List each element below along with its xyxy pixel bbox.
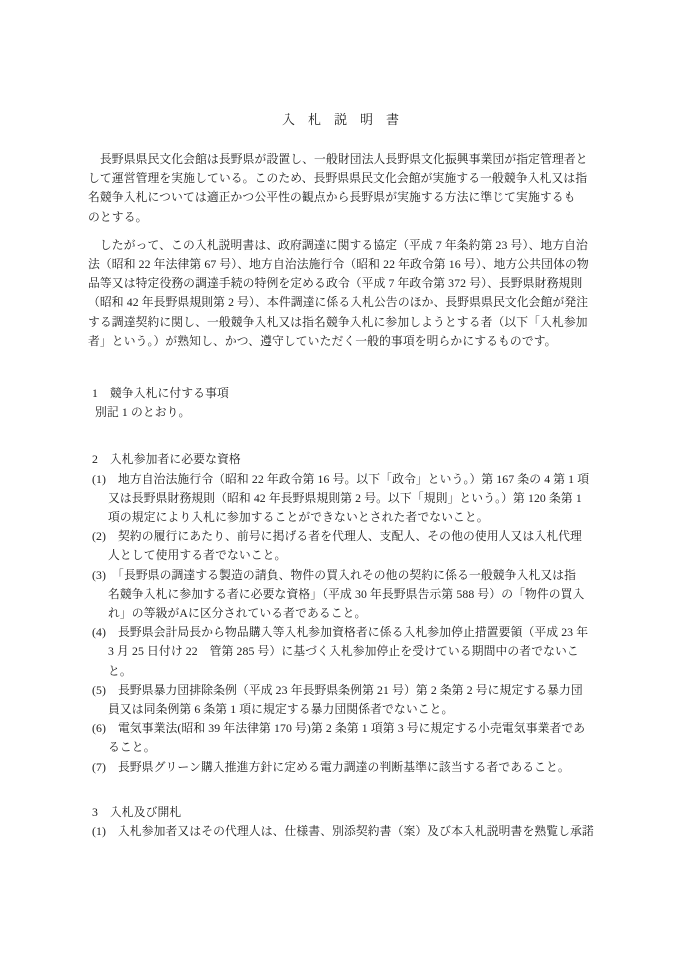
section-1: 1 競争入札に付する事項 別記 1 のとおり。 (88, 384, 680, 422)
text-line: する調達契約に関し、一般競争入札又は指名競争入札に参加しようとする者（以下「入札… (88, 313, 680, 332)
text-line: 人として使用する者でないこと。 (88, 546, 680, 565)
text-line: (1) 入札参加者又はその代理人は、仕様書、別添契約書（案）及び本入札説明書を熟… (88, 822, 680, 841)
text-line: (3) 「長野県の調達する製造の請負、物件の買入れその他の契約に係る一般競争入札… (88, 566, 680, 585)
text-line: (5) 長野県暴力団排除条例（平成 23 年長野県条例第 21 号）第 2 条第… (88, 681, 680, 700)
text-line: 3 月 25 日付け 22 管第 285 号）に基づく入札参加停止を受けている期… (88, 642, 680, 661)
text-line: (1) 地方自治法施行令（昭和 22 年政令第 16 号。以下「政令」という。）… (88, 470, 680, 489)
text-line: 者」という。）が熟知し、かつ、遵守していただく一般的事項を明らかにするものです。 (88, 332, 680, 351)
text-line: 3 入札及び開札 (88, 803, 680, 822)
text-line: (4) 長野県会計局長から物品購入等入札参加資格者に係る入札参加停止措置要領（平… (88, 623, 680, 642)
text-line: 項の規定により入札に参加することができないとされた者でないこと。 (88, 508, 680, 527)
text-line: (6) 電気事業法(昭和 39 年法律第 170 号)第 2 条第 1 項第 3… (88, 719, 680, 738)
text-line: 名競争入札については適正かつ公平性の観点から長野県が実施する方法に準じて実施する… (88, 188, 680, 207)
text-line: と。 (88, 662, 680, 681)
text-line: （昭和 42 年長野県規則第 2 号）、本件調達に係る入札公告のほか、長野県県民… (88, 293, 680, 312)
text-line: 品等又は特定役務の調達手続の特例を定める政令（平成 7 年政令第 372 号）、… (88, 274, 680, 293)
text-line: して運営管理を実施している。このため、長野県県民文化会館が実施する一般競争入札又… (88, 169, 680, 188)
section-3: 3 入札及び開札(1) 入札参加者又はその代理人は、仕様書、別添契約書（案）及び… (88, 803, 680, 841)
paragraph-1: 長野県県民文化会館は長野県が設置し、一般財団法人長野県文化振興事業団が指定管理者… (88, 150, 680, 227)
text-line: ること。 (88, 738, 680, 757)
text-line: (7) 長野県グリーン購入推進方針に定める電力調達の判断基準に該当する者であるこ… (88, 758, 680, 777)
text-line: 員又は同条例第 6 条第 1 項に規定する暴力団関係者でないこと。 (88, 700, 680, 719)
text-line: 長野県県民文化会館は長野県が設置し、一般財団法人長野県文化振興事業団が指定管理者… (88, 150, 680, 169)
text-line: 又は長野県財務規則（昭和 42 年長野県規則第 2 号。以下「規則」という。）第… (88, 489, 680, 508)
document-body: 長野県県民文化会館は長野県が設置し、一般財団法人長野県文化振興事業団が指定管理者… (88, 150, 680, 841)
text-line: 2 入札参加者に必要な資格 (88, 450, 680, 469)
paragraph-2: したがって、この入札説明書は、政府調達に関する協定（平成 7 年条約第 23 号… (88, 236, 680, 351)
text-line: 1 競争入札に付する事項 (88, 384, 680, 403)
text-line: 別記 1 のとおり。 (88, 403, 680, 422)
section-2: 2 入札参加者に必要な資格(1) 地方自治法施行令（昭和 22 年政令第 16 … (88, 450, 680, 776)
text-line: 法（昭和 22 年法律第 67 号）、地方自治法施行令（昭和 22 年政令第 1… (88, 255, 680, 274)
text-line: したがって、この入札説明書は、政府調達に関する協定（平成 7 年条約第 23 号… (88, 236, 680, 255)
document-title: 入 札 説 明 書 (88, 111, 593, 128)
text-line: (2) 契約の履行にあたり、前号に掲げる者を代理人、支配人、その他の使用人又は入… (88, 527, 680, 546)
text-line: 名競争入札に参加する者に必要な資格」（平成 30 年長野県告示第 588 号）の… (88, 585, 680, 604)
text-line: れ」の等級がAに区分されている者であること。 (88, 604, 680, 623)
document-page: 入 札 説 明 書 長野県県民文化会館は長野県が設置し、一般財団法人長野県文化振… (0, 0, 680, 962)
text-line: のとする。 (88, 208, 680, 227)
